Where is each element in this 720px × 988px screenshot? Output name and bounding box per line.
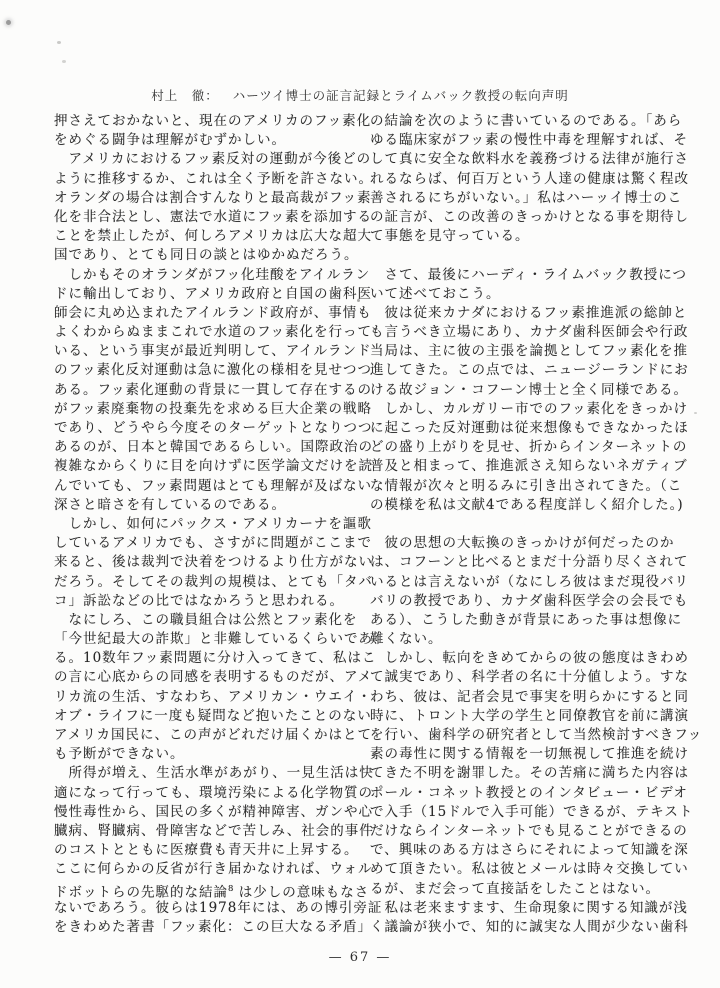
text-line: わち、彼は、記者会見で事実を明らかにすると同 bbox=[370, 688, 684, 707]
text-line: 深さと暗さを有しているのである。 bbox=[54, 496, 368, 515]
text-line: アメリカ国民に、この声がどれだけ届くかはとて bbox=[54, 726, 368, 745]
text-line: オランダの場合は割合すんなりと最高裁がフッ素 bbox=[54, 189, 368, 208]
text-line: のコストとともに医療費も青天井に上昇する。 bbox=[54, 841, 368, 860]
scan-artifact bbox=[57, 41, 61, 44]
text-line: いるとは言えないが（なにしろ彼はまだ現役バリ bbox=[370, 573, 684, 592]
text-line: 彼の思想の大転換のきっかけが何だったのか bbox=[370, 534, 684, 553]
text-line: いる、という事実が最近判明して、アイルランド bbox=[54, 342, 368, 361]
text-line: 押さえておかないと、現在のアメリカのフッ素化 bbox=[54, 112, 368, 131]
text-line: を行い、歯科学の研究者として当然検討すべきフッ bbox=[370, 726, 684, 745]
text-line: だけならインターネットでも見ることができるの bbox=[370, 822, 684, 841]
text-line: どの盛り上がりを見せ、折からインターネットの bbox=[370, 438, 684, 457]
text-line: しかし、如何にパックス・アメリカーナを謳歌 bbox=[54, 515, 368, 534]
left-text-column: 押さえておかないと、現在のアメリカのフッ素化をめぐる闘争は理解がむずかしい。 ア… bbox=[54, 112, 368, 937]
text-line: の証言が、この改善のきっかけとなる事を期待し bbox=[370, 208, 684, 227]
text-line: をきわめた著書「フッ素化：この巨大なる矛盾」 bbox=[54, 918, 368, 937]
text-line: しているアメリカでも、さすがに問題がここまで bbox=[54, 534, 368, 553]
text-line: がフッ素廃棄物の投棄先を求める巨大企業の戦略 bbox=[54, 400, 368, 419]
text-line: ドに輸出しており、アメリカ政府と自国の歯科医 bbox=[54, 285, 368, 304]
text-line: をめぐる闘争は理解がむずかしい。 bbox=[54, 131, 368, 150]
text-line: よくわからぬままこれで水道のフッ素化を行って bbox=[54, 323, 368, 342]
text-line: 複雑なからくりに目を向けずに医学論文だけを読 bbox=[54, 457, 368, 476]
text-line: てきた不明を謝罪した。その苦痛に満ちた内容は bbox=[370, 764, 684, 783]
text-line: いて述べておこう。 bbox=[370, 285, 684, 304]
text-line: て誠実であり、科学者の名に十分値しよう。すな bbox=[370, 668, 684, 687]
page-number: — 67 — bbox=[0, 950, 720, 965]
text-line: も予断ができない。 bbox=[54, 745, 368, 764]
running-head: 村上 徹：ハーツイ博士の証言記録とライムバック教授の転向声明 bbox=[0, 86, 720, 104]
text-line: るが、まだ会って直接話をしたことはない。 bbox=[370, 880, 684, 899]
text-line: れるならば、何百万という人達の健康は驚く程改 bbox=[370, 170, 684, 189]
text-line: の言に心底からの同感を表明するものだが、アメ bbox=[54, 668, 368, 687]
text-line: 難くない。 bbox=[370, 630, 684, 649]
text-line: で入手（15ドルで入手可能）できるが、テキスト bbox=[370, 803, 684, 822]
text-line: な情報が次々と明るみに引き出されてきた。（こ bbox=[370, 477, 684, 496]
text-line: て事態を見守っている。 bbox=[370, 227, 684, 246]
text-line: コ」訴訟などの比ではなかろうと思われる。 bbox=[54, 592, 368, 611]
text-line: 私は老来ますます、生命現象に関する知識が浅 bbox=[370, 899, 684, 918]
scan-artifact bbox=[62, 60, 66, 63]
text-line: 慢性毒性から、国民の多くが精神障害、ガンや心 bbox=[54, 803, 368, 822]
text-line: 進してきた。この点では、ニュージーランドにお bbox=[370, 361, 684, 380]
text-line: 彼は従来カナダにおけるフッ素推進派の総帥と bbox=[370, 304, 684, 323]
text-line: だろう。そしてその裁判の規模は、とても「タバ bbox=[54, 573, 368, 592]
text-line: ここに何らかの反省が行き届かなければ、ウォル bbox=[54, 860, 368, 879]
text-line: しかし、カルガリー市でのフッ素化をきっかけ bbox=[370, 400, 684, 419]
article-title: ハーツイ博士の証言記録とライムバック教授の転向声明 bbox=[233, 88, 569, 103]
text-line: ドボットらの先駆的な結論8 は少しの意味もなさ bbox=[54, 880, 368, 899]
text-line: バリの教授であり、カナダ歯科医学会の会長でも bbox=[370, 592, 684, 611]
text-line: ように推移するか、これは全く予断を許さない。 bbox=[54, 170, 368, 189]
text-line: さて、最後にハーディ・ライムバック教授につ bbox=[370, 266, 684, 285]
text-line: は、コフーンと比べるとまだ十分語り尽くされて bbox=[370, 553, 684, 572]
text-line: なにしろ、この職員組合は公然とフッ素化を bbox=[54, 611, 368, 630]
text-line: であり、どうやら今度そのターゲットとなりつつ bbox=[54, 419, 368, 438]
text-line: ポール・コネット教授とのインタビュー・ビデオ bbox=[370, 784, 684, 803]
text-line: しかもそのオランダがフッ化珪酸をアイルラン bbox=[54, 266, 368, 285]
scan-artifact bbox=[6, 20, 11, 25]
text-line: リカ流の生活、すなわち、アメリカン・ウエイ・ bbox=[54, 688, 368, 707]
text-line: オブ・ライフに一度も疑問など抱いたことのない bbox=[54, 707, 368, 726]
text-line: 臓病、腎臓病、骨障害などで苦しみ、社会的事件 bbox=[54, 822, 368, 841]
text-line: ける故ジョン・コフーン博士と全く同様である。 bbox=[370, 381, 684, 400]
text-line: ことを禁止したが、何しろアメリカは広大な超大 bbox=[54, 227, 368, 246]
text-line: 来ると、後は裁判で決着をつけるより仕方がない bbox=[54, 553, 368, 572]
text-line: 当局は、主に彼の主張を論拠としてフッ素化を推 bbox=[370, 342, 684, 361]
right-text-column: の結論を次のように書いているのである。「あらゆる臨床家がフッ素の慢性中毒を理解す… bbox=[370, 112, 684, 937]
text-line: 所得が増え、生活水準があがり、一見生活は快 bbox=[54, 764, 368, 783]
text-line: 普及と相まって、推進派さえ知らないネガティブ bbox=[370, 457, 684, 476]
text-line: 素の毒性に関する情報を一切無視して推進を続け bbox=[370, 745, 684, 764]
text-line: の模様を私は文献4である程度詳しく紹介した。) bbox=[370, 496, 684, 515]
text-line: ないであろう。彼らは1978年には、あの博引旁証 bbox=[54, 899, 368, 918]
text-line: んでいても、フッ素問題はとても理解が及ばない bbox=[54, 477, 368, 496]
scanned-document-page: 村上 徹：ハーツイ博士の証言記録とライムバック教授の転向声明 押さえておかないと… bbox=[0, 0, 720, 988]
text-line: 師会に丸め込まれたアイルランド政府が、事情も bbox=[54, 304, 368, 323]
text-line: あるのが、日本と韓国であるらしい。国際政治の bbox=[54, 438, 368, 457]
text-line: めて頂きたい。私は彼とメールは時々交換してい bbox=[370, 860, 684, 879]
text-line: して真に安全な飲料水を義務づける法律が施行さ bbox=[370, 150, 684, 169]
text-line: に起こった反対運動は従来想像もできなかったほ bbox=[370, 419, 684, 438]
text-line: 化を非合法とし、憲法で水道にフッ素を添加する bbox=[54, 208, 368, 227]
text-line: 国であり、とても同日の談とはゆかぬだろう。 bbox=[54, 246, 368, 265]
scan-artifact bbox=[694, 412, 697, 414]
text-line: の結論を次のように書いているのである。「あら bbox=[370, 112, 684, 131]
text-line: で、興味のある方はさらにそれによって知識を深 bbox=[370, 841, 684, 860]
text-line: 適になって行っても、環境汚染による化学物質の bbox=[54, 784, 368, 803]
text-line bbox=[370, 515, 684, 534]
text-line: 「今世紀最大の詐欺」と非難しているくらいであ bbox=[54, 630, 368, 649]
text-line: 時に、トロント大学の学生と同僚教官を前に講演 bbox=[370, 707, 684, 726]
text-line: ある。フッ素化運動の背景に一貫して存在するの bbox=[54, 381, 368, 400]
text-line: ある）、こうした動きが背景にあった事は想像に bbox=[370, 611, 684, 630]
text-line: 善されるにちがいない。」私はハーッイ博士のこ bbox=[370, 189, 684, 208]
text-line: しかし、転向をきめてからの彼の態度はきわめ bbox=[370, 649, 684, 668]
author-name: 村上 徹： bbox=[151, 88, 219, 103]
text-line: ゆる臨床家がフッ素の慢性中毒を理解すれば、そ bbox=[370, 131, 684, 150]
text-line bbox=[370, 246, 684, 265]
text-line: も言うべき立場にあり、カナダ歯科医師会や行政 bbox=[370, 323, 684, 342]
text-line: る。10数年フッ素問題に分け入ってきて、私はこ bbox=[54, 649, 368, 668]
text-line: く議論が狭小で、知的に誠実な人間が少ない歯科 bbox=[370, 918, 684, 937]
text-line: のフッ素化反対運動は急に激化の様相を見せつつ bbox=[54, 361, 368, 380]
text-line: アメリカにおけるフッ素反対の運動が今後どの bbox=[54, 150, 368, 169]
